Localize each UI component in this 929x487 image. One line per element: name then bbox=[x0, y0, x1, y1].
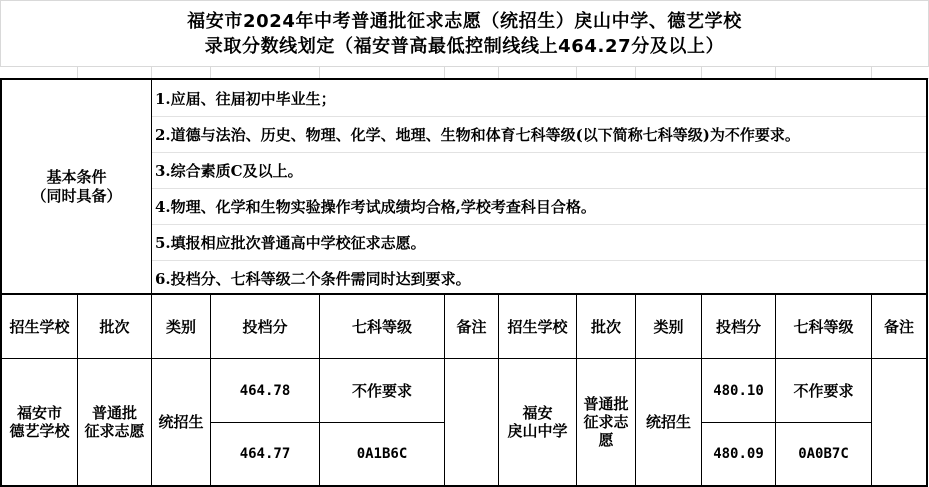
note-cell bbox=[444, 358, 499, 487]
gridline bbox=[635, 66, 636, 78]
condition-item: 3.综合素质C及以上。 bbox=[152, 152, 926, 189]
title-line-1: 福安市2024年中考普通批征求志愿（统招生）戾山中学、德艺学校 bbox=[187, 9, 742, 34]
conditions-label-line2: （同时具备） bbox=[31, 187, 121, 206]
condition-item: 2.道德与法治、历史、物理、化学、地理、生物和体育七科等级(以下简称七科等级)为… bbox=[152, 116, 926, 153]
header-school: 招生学校 bbox=[0, 294, 78, 359]
gridline bbox=[319, 66, 320, 78]
header-note: 备注 bbox=[444, 294, 499, 359]
score-cell: 464.77 bbox=[210, 422, 320, 487]
gridline bbox=[210, 66, 211, 78]
header-category: 类别 bbox=[635, 294, 702, 359]
header-note: 备注 bbox=[871, 294, 928, 359]
conditions-label: 基本条件 （同时具备） bbox=[0, 78, 152, 295]
score-cell: 480.09 bbox=[701, 422, 776, 487]
batch-line: 普通批 bbox=[583, 395, 628, 413]
condition-item: 6.投档分、七科等级二个条件需同时达到要求。 bbox=[152, 260, 926, 296]
batch-cell: 普通批 征求志 愿 bbox=[576, 358, 636, 487]
batch-line: 愿 bbox=[598, 431, 613, 449]
school-name-line: 德艺学校 bbox=[9, 422, 69, 440]
gridline bbox=[151, 66, 152, 78]
gridline bbox=[444, 66, 445, 78]
grade-cell: 不作要求 bbox=[775, 358, 872, 423]
condition-item: 1.应届、往届初中毕业生； bbox=[152, 80, 926, 117]
header-score: 投档分 bbox=[701, 294, 776, 359]
gridline bbox=[871, 66, 872, 78]
header-grade: 七科等级 bbox=[775, 294, 872, 359]
gridline bbox=[576, 66, 577, 78]
category-cell: 统招生 bbox=[635, 358, 702, 487]
gridline bbox=[701, 66, 702, 78]
grade-cell: 不作要求 bbox=[319, 358, 445, 423]
gridline bbox=[498, 66, 499, 78]
header-grade: 七科等级 bbox=[319, 294, 445, 359]
conditions-list: 1.应届、往届初中毕业生； 2.道德与法治、历史、物理、化学、地理、生物和体育七… bbox=[151, 78, 928, 295]
batch-cell: 普通批 征求志愿 bbox=[77, 358, 152, 487]
school-name-line: 福安 bbox=[522, 404, 552, 422]
school-name-line: 戾山中学 bbox=[507, 422, 567, 440]
title-line-2: 录取分数线划定（福安普高最低控制线线上464.27分及以上） bbox=[205, 34, 724, 59]
school-name-cell: 福安市 德艺学校 bbox=[0, 358, 78, 487]
condition-item: 4.物理、化学和生物实验操作考试成绩均合格,学校考查科目合格。 bbox=[152, 188, 926, 225]
page-title: 福安市2024年中考普通批征求志愿（统招生）戾山中学、德艺学校 录取分数线划定（… bbox=[0, 0, 929, 67]
gridline bbox=[77, 66, 78, 78]
header-batch: 批次 bbox=[77, 294, 152, 359]
school-name-line: 福安市 bbox=[17, 404, 62, 422]
grade-cell: 0A0B7C bbox=[775, 422, 872, 487]
score-cell: 480.10 bbox=[701, 358, 776, 423]
gridline bbox=[775, 66, 776, 78]
grade-cell: 0A1B6C bbox=[319, 422, 445, 487]
conditions-label-line1: 基本条件 bbox=[46, 168, 106, 187]
school-name-cell: 福安 戾山中学 bbox=[498, 358, 577, 487]
note-cell bbox=[871, 358, 928, 487]
header-batch: 批次 bbox=[576, 294, 636, 359]
category-cell: 统招生 bbox=[151, 358, 211, 487]
condition-item: 5.填报相应批次普通高中学校征求志愿。 bbox=[152, 224, 926, 261]
batch-line: 征求志愿 bbox=[84, 422, 144, 440]
score-cell: 464.78 bbox=[210, 358, 320, 423]
header-category: 类别 bbox=[151, 294, 211, 359]
batch-line: 征求志 bbox=[583, 413, 628, 431]
batch-line: 普通批 bbox=[92, 404, 137, 422]
header-score: 投档分 bbox=[210, 294, 320, 359]
header-school: 招生学校 bbox=[498, 294, 577, 359]
